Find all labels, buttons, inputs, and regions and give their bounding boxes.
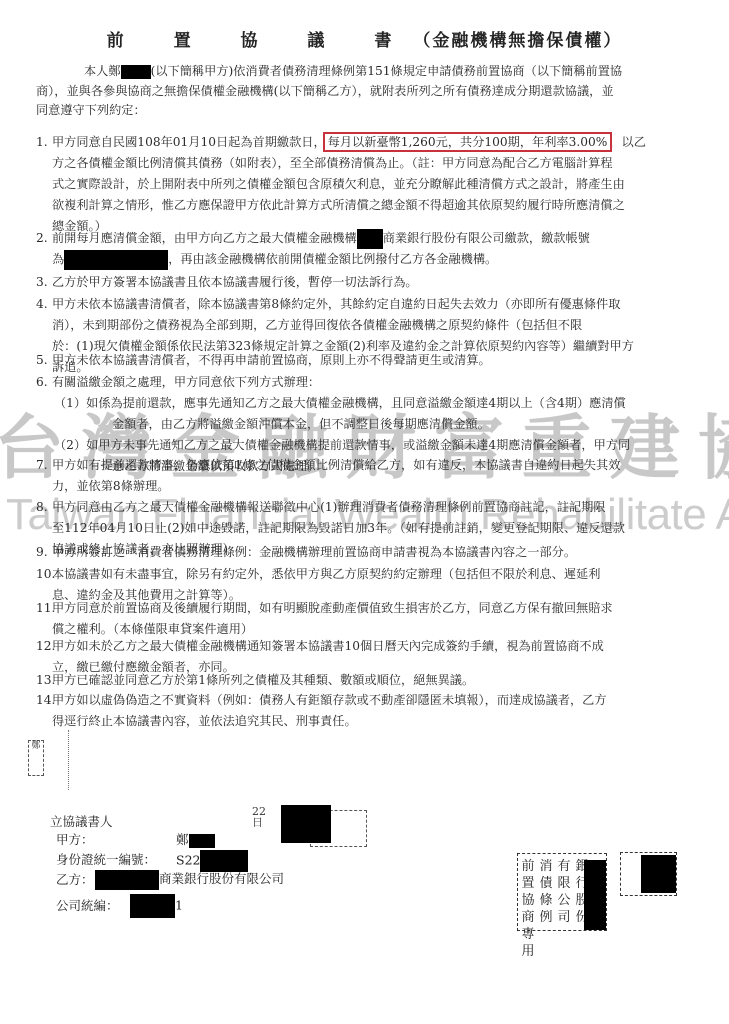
clause-text: 甲方所簽訂之「消費者債務清理條例：金融機構辦理前置協商申請書視為本協議書內容之一… [52, 545, 576, 559]
intro-prefix: 本人鄭 [84, 64, 121, 78]
clause-number: 6. [36, 372, 52, 393]
clause-text: 甲方如未於乙方之最大債權金融機構通知簽署本協議書10個日曆天內完成簽約手續，視為… [52, 639, 604, 653]
clause-13: 13.甲方已確認並同意乙方於第1條所列之債權及其種類、數額或順位，絕無異議。 [36, 670, 696, 691]
clause-1: 1.甲方同意自民國108年01月10日起為首期繳款日，每月以新臺幣1,260元，… [36, 132, 696, 237]
redaction-block [189, 834, 215, 848]
clause-number: 8. [36, 497, 52, 518]
company-id-suffix: 1 [175, 898, 183, 913]
sub-label: （2） [54, 438, 86, 452]
clause-7: 7.甲方如有提前還款情事，仍應依第1條之債權金額比例清償給乙方，如有違反，本協議… [36, 455, 696, 497]
clause-text: 方之各債權金額比例清償其債務（如附表），至全部債務清償為止。（註：甲方同意為配合… [36, 153, 696, 174]
clause-text: 甲方同意由乙方之最大債權金融機構報送聯徵中心(1)辦理消費者債務清理條例前置協商… [52, 500, 606, 514]
clause-text: 甲方未依本協議書清償者，不得再申請前置協商，原則上亦不得聲請更生或清算。 [52, 353, 491, 367]
id-number-label: 身份證統一編號： [56, 850, 156, 868]
document-page: 前 置 協 議 書（金融機構無擔保債權） 本人鄭(以下簡稱甲方)依消費者債務清理… [0, 0, 729, 1024]
party-a-row: 甲方： [56, 830, 94, 848]
clause-6-sub-1: （1）如係為提前還款，應事先通知乙方之最大債權金融機構，且同意溢繳金額達4期以上… [36, 393, 696, 435]
title-main: 前 置 協 議 書 [107, 31, 414, 51]
intro-paragraph: 本人鄭(以下簡稱甲方)依消費者債務清理條例第151條規定申請債務前置協商（以下簡… [36, 62, 691, 121]
redaction-block [357, 229, 383, 249]
clause-number: 2. [36, 228, 52, 249]
redaction-block [281, 805, 331, 843]
clause-2: 2.前開每月應清償金額，由甲方向乙方之最大債權金融機構商業銀行股份有限公司繳款，… [36, 228, 696, 270]
clause-number: 10. [36, 564, 52, 585]
intro-line1: (以下簡稱甲方)依消費者債務清理條例第151條規定申請債務前置協商（以下簡稱前置… [151, 64, 623, 78]
party-b-name-suffix: 商業銀行股份有限公司 [159, 871, 284, 886]
redaction-block [121, 65, 151, 79]
side-seal-stamp: 鄭 [28, 740, 44, 776]
clause-number: 7. [36, 455, 52, 476]
party-a-label: 甲方： [56, 830, 94, 848]
clause-number: 5. [36, 350, 52, 371]
clause-number: 3. [36, 272, 52, 293]
redaction-block [584, 860, 606, 930]
clause-number: 11. [36, 598, 52, 619]
clause-number: 13. [36, 670, 52, 691]
clause-number: 9. [36, 542, 52, 563]
clause-text: 甲方同意於前置協商及後續履行期間，如有明顯脫產動產價值致生損害於乙方，同意乙方保… [52, 601, 613, 615]
clause-text: 甲方已確認並同意乙方於第1條所列之債權及其種類、數額或順位，絕無異議。 [52, 673, 474, 687]
clause-text: 乙方於甲方簽署本協議書且依本協議書履行後，暫停一切法訴行為。 [52, 275, 418, 289]
clause-text: 本協議書如有未盡事宜，除另有約定外，悉依甲方與乙方原契約約定辦理（包括但不限於利… [52, 567, 600, 581]
intro-line3: 同意遵守下列約定： [36, 101, 691, 121]
margin-dotted-line [68, 730, 69, 790]
clause-text: 有關溢繳金額之處理，甲方同意依下列方式辦理： [52, 375, 320, 389]
clause-text: ，以乙 [609, 135, 646, 149]
handwritten-date: 22日 [252, 806, 264, 828]
clause-text: 甲方如有提前還款情事，仍應依第1條之債權金額比例清償給乙方，如有違反，本協議書自… [52, 458, 620, 472]
company-id-value: 1 [130, 894, 183, 918]
id-number-prefix: S22 [176, 853, 200, 868]
clause-text: 甲方未依本協議書清償者，除本協議書第8條約定外，其餘約定自違約日起失去效力（亦即… [52, 297, 620, 311]
stamp-column: 消債條例 [538, 858, 554, 926]
clause-text: 金額者，由乙方將溢繳金額沖償本金，但不調整日後每期應清償金額。 [54, 414, 696, 435]
stamp-column: 有限公司 [556, 858, 572, 926]
redaction-block [95, 870, 159, 890]
party-b-label: 乙方： [56, 870, 94, 888]
clause-text: 式之實際設計，於上開附表中所列之債權金額包含原積欠利息，並充分瞭解此種清償方式之… [36, 174, 696, 195]
clause-5: 5.甲方未依本協議書清償者，不得再申請前置協商，原則上亦不得聲請更生或清算。 [36, 350, 696, 371]
clause-text: 欲複利計算之情形，惟乙方應保證甲方依此計算方式所清償之總金額不得超逾其依原契約履… [36, 195, 696, 216]
clause-text: 為 [52, 252, 64, 266]
party-b-name: 商業銀行股份有限公司 [95, 869, 284, 890]
redaction-block [641, 855, 676, 893]
intro-line2: 商），並與各參與協商之無擔保債權金融機構(以下簡稱乙方），就附表所列之所有債務達… [36, 82, 691, 102]
party-b-row: 乙方： [56, 870, 94, 888]
small-seal-stamp [620, 852, 677, 896]
clause-text: 甲方同意自民國108年01月10日起為首期繳款日， [52, 135, 326, 149]
clause-number: 4. [36, 294, 52, 315]
company-id-label: 公司統編： [56, 896, 119, 914]
clause-number: 14. [36, 690, 52, 711]
clause-text: 得逕行終止本協議書內容，並依法追究其民、刑事責任。 [36, 711, 696, 732]
clause-text: 甲方如以虛偽偽造之不實資料（例如：債務人有鉅額存款或不動產卻隱匿未填報），而達成… [52, 693, 607, 707]
clause-11: 11.甲方同意於前置協商及後續履行期間，如有明顯脫產動產價值致生損害於乙方，同意… [36, 598, 696, 640]
signatories-header: 立協議書人 [50, 812, 113, 830]
title-suffix: （金融機構無擔保債權） [413, 31, 622, 51]
document-title: 前 置 協 議 書（金融機構無擔保債權） [0, 26, 729, 51]
clause-3: 3.乙方於甲方簽署本協議書且依本協議書履行後，暫停一切法訴行為。 [36, 272, 696, 293]
clause-14: 14.甲方如以虛偽偽造之不實資料（例如：債務人有鉅額存款或不動產卻隱匿未填報），… [36, 690, 696, 732]
clause-text: 消），未到期部份之債務視為全部到期，乙方並得回復依各債權金融機構之原契約條件（包… [36, 315, 696, 336]
stamp-column: 前置協商專用 [520, 858, 536, 960]
clause-text: 如甲方未事先通知乙方之最大債權金融機構提前還款情事，或溢繳金額未達4期應清償金額… [86, 438, 630, 452]
clause-text: 商業銀行股份有限公司繳款，繳款帳號 [383, 231, 590, 245]
clause-number: 1. [36, 132, 52, 153]
party-a-name: 鄭 [176, 830, 215, 848]
redaction-block [130, 894, 175, 918]
personal-seal [310, 810, 367, 847]
clause-text: ，再由該金融機構依前開債權金額比例撥付乙方各金融機構。 [168, 252, 497, 266]
clause-text: 力，並依第8條辦理。 [36, 476, 696, 497]
company-id-row: 公司統編： [56, 896, 119, 914]
clause-text: 如係為提前還款，應事先通知乙方之最大債權金融機構，且同意溢繳金額達4期以上（含4… [86, 396, 626, 410]
sub-label: （1） [54, 396, 86, 410]
clause-9: 9.甲方所簽訂之「消費者債務清理條例：金融機構辦理前置協商申請書視為本協議書內容… [36, 542, 696, 563]
party-a-name-prefix: 鄭 [176, 832, 189, 847]
clause-text: 至112年04月10日止(2)如中途毀諾，註記期限為毀諾日加3年。（如有提前註銷… [36, 518, 696, 539]
clause-number: 12. [36, 636, 52, 657]
bank-seal-stamp: 前置協商專用 消債條例 有限公司 銀行股份 [517, 853, 607, 931]
clause-text: 前開每月應清償金額，由甲方向乙方之最大債權金融機構 [52, 231, 357, 245]
highlighted-payment-terms: 每月以新臺幣1,260元，共分100期，年利率3.00% [326, 135, 610, 149]
redaction-block [64, 250, 168, 270]
id-number-row: 身份證統一編號： [56, 850, 156, 868]
